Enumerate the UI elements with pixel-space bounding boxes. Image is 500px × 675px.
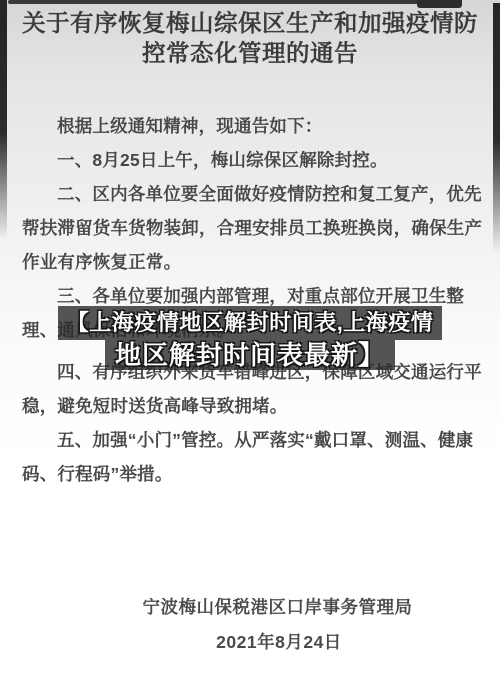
body-line: 稳，避免短时送货高峰导致拥堵。 [22,389,488,423]
notice-title: 关于有序恢复梅山综保区生产和加强疫情防 控常态化管理的通告 [10,8,490,68]
notice-photo: 关于有序恢复梅山综保区生产和加强疫情防 控常态化管理的通告 根据上级通知精神，现… [0,0,500,675]
body-line: 一、8月25日上午，梅山综保区解除封控。 [22,143,488,177]
body-line: 根据上级通知精神，现通告如下： [22,109,488,143]
photo-edge-top [8,0,460,4]
notice-body: 根据上级通知精神，现通告如下： 一、8月25日上午，梅山综保区解除封控。 二、区… [22,109,488,491]
caption-line2: 地区解封时间表最新】 [105,340,395,370]
body-line: 五、加强“小门”管控。从严落实“戴口罩、测温、健康 [22,423,488,457]
notice-title-line2: 控常态化管理的通告 [10,38,490,68]
body-line: 码、行程码”举措。 [22,457,488,491]
caption-line1: 【上海疫情地区解封时间表,上海疫情 [58,306,443,340]
caption-overlay: 【上海疫情地区解封时间表,上海疫情 地区解封时间表最新】 [0,306,500,370]
notice-signature: 宁波梅山保税港区口岸事务管理局 [0,594,500,619]
body-line: 作业有序恢复正常。 [22,245,488,279]
photo-edge-top-right [417,0,462,8]
notice-title-line1: 关于有序恢复梅山综保区生产和加强疫情防 [10,8,490,38]
photo-edge-left [0,0,7,240]
body-line: 帮扶滞留货车货物装卸，合理安排员工换班换岗，确保生产 [22,211,488,245]
notice-date: 2021年8月24日 [0,629,500,654]
photo-edge-right [493,3,500,253]
body-line: 二、区内各单位要全面做好疫情防控和复工复产，优先 [22,177,488,211]
